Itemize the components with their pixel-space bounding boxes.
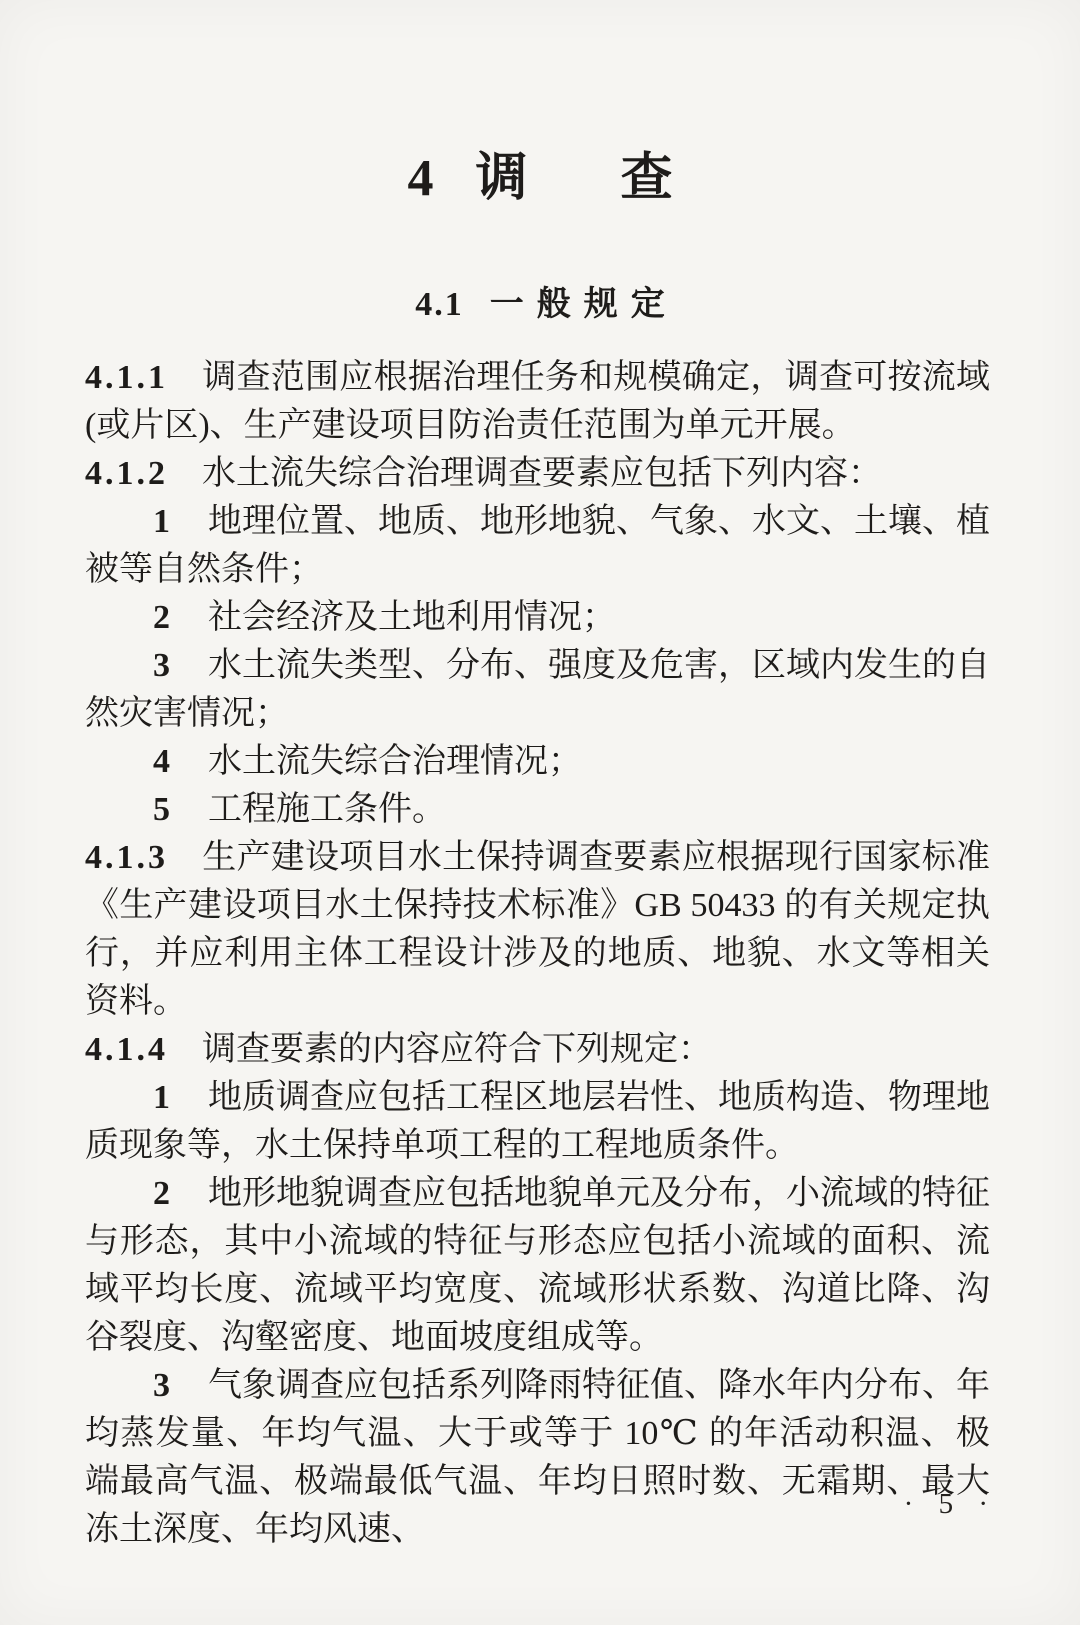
paragraph-2: 2地形地貌调查应包括地貌单元及分布，小流域的特征与形态，其中小流域的特征与形态应… xyxy=(85,1170,990,1362)
clause-text: 调查范围应根据治理任务和规模确定，调查可按流域(或片区)、生产建设项目防治责任范… xyxy=(85,359,990,444)
paragraph-4.1.2: 4.1.2水土流失综合治理调查要素应包括下列内容： xyxy=(85,450,990,498)
paragraph-3: 3水土流失类型、分布、强度及危害，区域内发生的自然灾害情况； xyxy=(85,642,990,738)
clause-number: 4.1.2 xyxy=(85,455,168,492)
item-number: 2 xyxy=(153,599,170,636)
item-text: 气象调查应包括系列降雨特征值、降水年内分布、年均蒸发量、年均气温、大于或等于 1… xyxy=(85,1367,990,1548)
item-text: 地理位置、地质、地形地貌、气象、水文、土壤、植被等自然条件； xyxy=(85,503,990,588)
item-text: 水土流失类型、分布、强度及危害，区域内发生的自然灾害情况； xyxy=(85,647,990,732)
item-number: 4 xyxy=(153,743,170,780)
paragraph-4: 4水土流失综合治理情况； xyxy=(85,738,990,786)
item-number: 3 xyxy=(153,647,170,684)
chapter-title-char-2: 查 xyxy=(621,146,673,212)
paragraph-2: 2社会经济及土地利用情况； xyxy=(85,594,990,642)
item-number: 2 xyxy=(153,1175,170,1212)
chapter-title-char-1: 调 xyxy=(475,146,527,212)
clause-text: 生产建设项目水土保持调查要素应根据现行国家标准《生产建设项目水土保持技术标准》G… xyxy=(85,839,990,1020)
item-text: 工程施工条件。 xyxy=(208,791,446,828)
section-number: 4.1 xyxy=(415,282,464,328)
page-number: · 5 · xyxy=(904,1488,997,1521)
paragraph-4.1.1: 4.1.1调查范围应根据治理任务和规模确定，调查可按流域(或片区)、生产建设项目… xyxy=(85,354,990,450)
paragraph-4.1.4: 4.1.4调查要素的内容应符合下列规定： xyxy=(85,1026,990,1074)
paragraph-4.1.3: 4.1.3生产建设项目水土保持调查要素应根据现行国家标准《生产建设项目水土保持技… xyxy=(85,834,990,1026)
item-text: 水土流失综合治理情况； xyxy=(208,743,582,780)
document-body: 4.1.1调查范围应根据治理任务和规模确定，调查可按流域(或片区)、生产建设项目… xyxy=(85,354,990,1554)
paragraph-3: 3气象调查应包括系列降雨特征值、降水年内分布、年均蒸发量、年均气温、大于或等于 … xyxy=(85,1362,990,1554)
clause-number: 4.1.4 xyxy=(85,1031,168,1068)
paragraph-1: 1地理位置、地质、地形地貌、气象、水文、土壤、植被等自然条件； xyxy=(85,498,990,594)
clause-number: 4.1.3 xyxy=(85,839,168,876)
item-number: 1 xyxy=(153,503,170,540)
item-number: 5 xyxy=(153,791,170,828)
section-heading: 4.1 一般规定 xyxy=(0,282,1080,328)
item-text: 地形地貌调查应包括地貌单元及分布，小流域的特征与形态，其中小流域的特征与形态应包… xyxy=(85,1175,990,1356)
paragraph-5: 5工程施工条件。 xyxy=(85,786,990,834)
scanned-document-page: 4 调 查 4.1 一般规定 4.1.1调查范围应根据治理任务和规模确定，调查可… xyxy=(0,0,1080,1625)
paragraph-1: 1地质调查应包括工程区地层岩性、地质构造、物理地质现象等，水土保持单项工程的工程… xyxy=(85,1074,990,1170)
clause-text: 调查要素的内容应符合下列规定： xyxy=(202,1031,712,1068)
chapter-heading: 4 调 查 xyxy=(0,0,1080,212)
item-text: 社会经济及土地利用情况； xyxy=(208,599,616,636)
item-text: 地质调查应包括工程区地层岩性、地质构造、物理地质现象等，水土保持单项工程的工程地… xyxy=(85,1079,990,1164)
item-number: 1 xyxy=(153,1079,170,1116)
clause-text: 水土流失综合治理调查要素应包括下列内容： xyxy=(202,455,882,492)
item-number: 3 xyxy=(153,1367,170,1404)
section-title: 一般规定 xyxy=(490,282,678,328)
clause-number: 4.1.1 xyxy=(85,359,168,396)
chapter-number: 4 xyxy=(407,146,433,212)
